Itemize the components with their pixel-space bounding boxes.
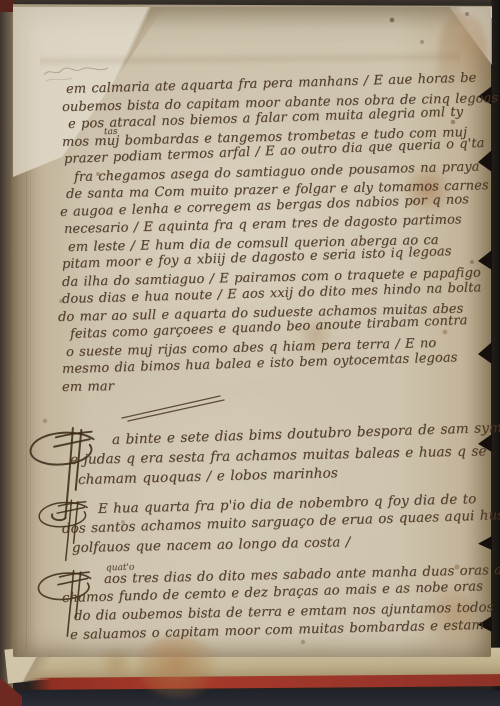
red-edge-paint-bottom — [28, 674, 500, 690]
stain — [96, 648, 136, 678]
manuscript-line: em mar — [62, 380, 114, 395]
ink-specks — [0, 0, 2, 2]
interlinear-insertion: quat'o — [106, 564, 135, 574]
stain — [138, 636, 220, 698]
red-leather-corner-top — [0, 0, 14, 12]
backdrop-bottom — [0, 690, 500, 706]
flourish-slashes — [118, 388, 228, 424]
interlinear-insertion: tas — [104, 128, 118, 137]
manuscript-photo: em calmaria ate aquarta fra pera manhans… — [0, 0, 500, 706]
spine-binding — [0, 0, 13, 706]
